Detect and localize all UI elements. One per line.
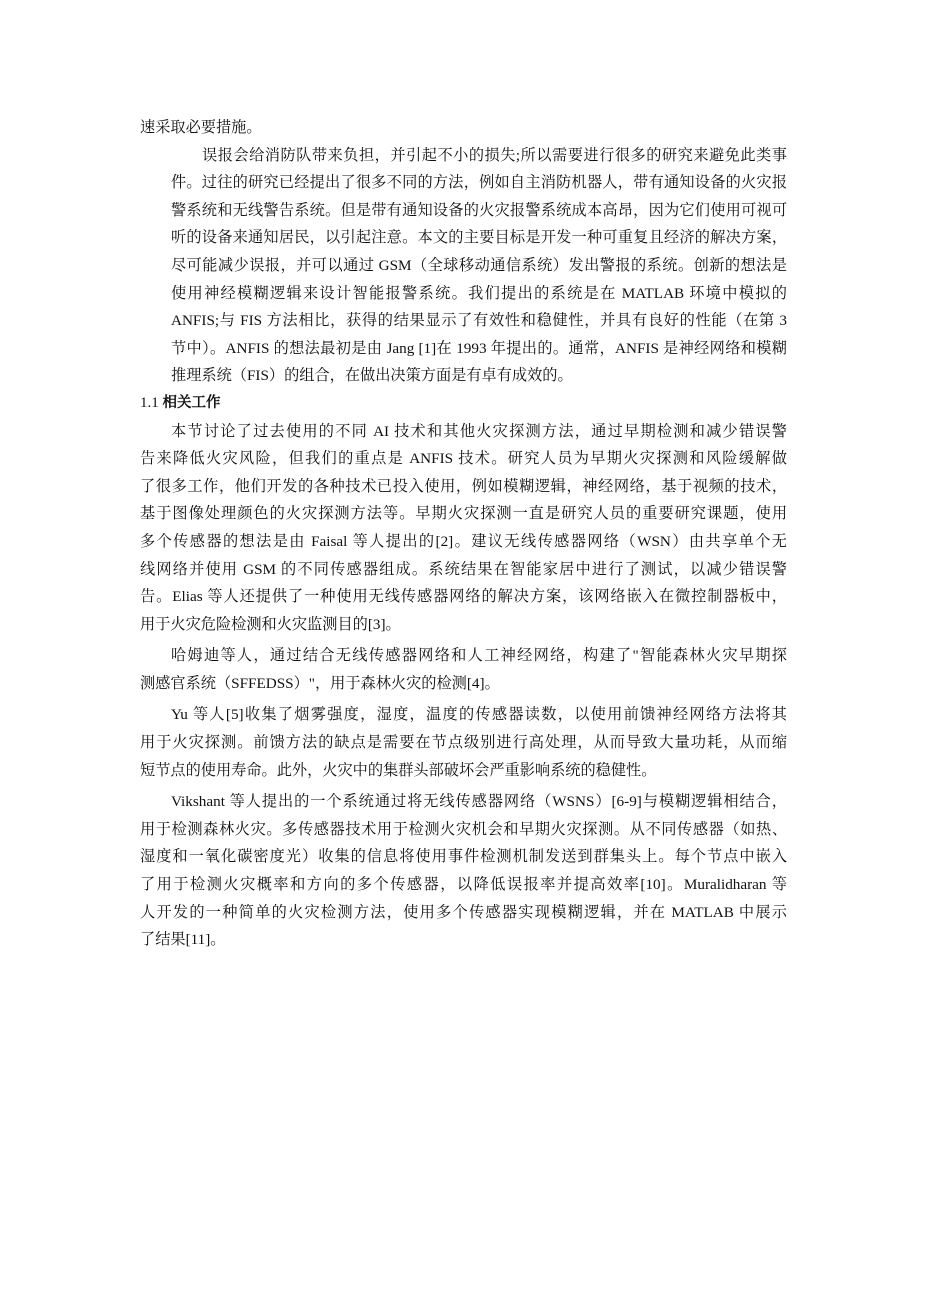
paragraph-continuation: 速采取必要措施。 bbox=[140, 114, 787, 142]
text-line: 用于火灾探测。前馈方法的缺点是需要在节点级别进行高处理，从而导致大量功耗，从而缩 bbox=[140, 729, 787, 757]
paragraph-related-work-2: 哈姆迪等人，通过结合无线传感器网络和人工神经网络，构建了"智能森林火灾早期探 测… bbox=[140, 642, 787, 697]
section-number: 1.1 bbox=[140, 395, 159, 411]
section-title: 相关工作 bbox=[163, 395, 221, 411]
text-line: 基于图像处理颜色的火灾探测方法等。早期火灾探测一直是研究人员的重要研究课题，使用 bbox=[140, 500, 787, 528]
text-line: 听的设备来通知居民，以引起注意。本文的主要目标是开发一种可重复且经济的解决方案， bbox=[140, 224, 787, 252]
text-line: 告来降低火灾风险，但我们的重点是 ANFIS 技术。研究人员为早期火灾探测和风险… bbox=[140, 445, 787, 473]
text-line: 湿度和一氧化碳密度光）收集的信息将使用事件检测机制发送到群集头上。每个节点中嵌入 bbox=[140, 843, 787, 871]
text-line: 使用神经模糊逻辑来设计智能报警系统。我们提出的系统是在 MATLAB 环境中模拟… bbox=[140, 280, 787, 308]
text-line: Yu 等人[5]收集了烟雾强度，湿度，温度的传感器读数，以使用前馈神经网络方法将… bbox=[140, 701, 787, 729]
text-line: 推理系统（FIS）的组合，在做出决策方面是有卓有成效的。 bbox=[140, 362, 787, 390]
text-line: 人开发的一种简单的火灾检测方法，使用多个传感器实现模糊逻辑，并在 MATLAB … bbox=[140, 899, 787, 927]
text-line: 件。过往的研究已经提出了很多不同的方法，例如自主消防机器人，带有通知设备的火灾报 bbox=[140, 169, 787, 197]
text-line: Vikshant 等人提出的一个系统通过将无线传感器网络（WSNS）[6-9]与… bbox=[140, 788, 787, 816]
text-line: 用于火灾危险检测和火灾监测目的[3]。 bbox=[140, 611, 787, 639]
text-line: 多个传感器的想法是由 Faisal 等人提出的[2]。建议无线传感器网络（WSN… bbox=[140, 528, 787, 556]
text-line: ANFIS;与 FIS 方法相比，获得的结果显示了有效性和稳健性，并具有良好的性… bbox=[140, 307, 787, 335]
text-line: 短节点的使用寿命。此外，火灾中的集群头部破坏会严重影响系统的稳健性。 bbox=[140, 757, 787, 785]
text-line: 本节讨论了过去使用的不同 AI 技术和其他火灾探测方法，通过早期检测和减少错误警 bbox=[140, 418, 787, 446]
paragraph-intro: 误报会给消防队带来负担，并引起不小的损失;所以需要进行很多的研究来避免此类事 件… bbox=[140, 142, 787, 390]
text-line: 尽可能减少误报，并可以通过 GSM（全球移动通信系统）发出警报的系统。创新的想法… bbox=[140, 252, 787, 280]
text-line: 警系统和无线警告系统。但是带有通知设备的火灾报警系统成本高昂，因为它们使用可视可 bbox=[140, 197, 787, 225]
document-page: 速采取必要措施。 误报会给消防队带来负担，并引起不小的损失;所以需要进行很多的研… bbox=[140, 114, 787, 954]
text-line: 速采取必要措施。 bbox=[140, 114, 787, 142]
text-line: 了很多工作，他们开发的各种技术已投入使用，例如模糊逻辑，神经网络，基于视频的技术… bbox=[140, 473, 787, 501]
text-line: 测感官系统（SFFEDSS）"，用于森林火灾的检测[4]。 bbox=[140, 670, 787, 698]
text-line: 了结果[11]。 bbox=[140, 926, 787, 954]
text-line: 告。Elias 等人还提供了一种使用无线传感器网络的解决方案，该网络嵌入在微控制… bbox=[140, 583, 787, 611]
text-line: 误报会给消防队带来负担，并引起不小的损失;所以需要进行很多的研究来避免此类事 bbox=[140, 142, 787, 170]
text-line: 了用于检测火灾概率和方向的多个传感器，以降低误报率并提高效率[10]。Mural… bbox=[140, 871, 787, 899]
paragraph-related-work-4: Vikshant 等人提出的一个系统通过将无线传感器网络（WSNS）[6-9]与… bbox=[140, 788, 787, 954]
paragraph-related-work-1: 本节讨论了过去使用的不同 AI 技术和其他火灾探测方法，通过早期检测和减少错误警… bbox=[140, 418, 787, 639]
text-line: 节中）。ANFIS 的想法最初是由 Jang [1]在 1993 年提出的。通常… bbox=[140, 335, 787, 363]
paragraph-related-work-3: Yu 等人[5]收集了烟雾强度，湿度，温度的传感器读数，以使用前馈神经网络方法将… bbox=[140, 701, 787, 784]
section-heading: 1.1 相关工作 bbox=[140, 390, 787, 418]
text-line: 用于检测森林火灾。多传感器技术用于检测火灾机会和早期火灾探测。从不同传感器（如热… bbox=[140, 816, 787, 844]
text-line: 线网络并使用 GSM 的不同传感器组成。系统结果在智能家居中进行了测试，以减少错… bbox=[140, 556, 787, 584]
text-line: 哈姆迪等人，通过结合无线传感器网络和人工神经网络，构建了"智能森林火灾早期探 bbox=[140, 642, 787, 670]
